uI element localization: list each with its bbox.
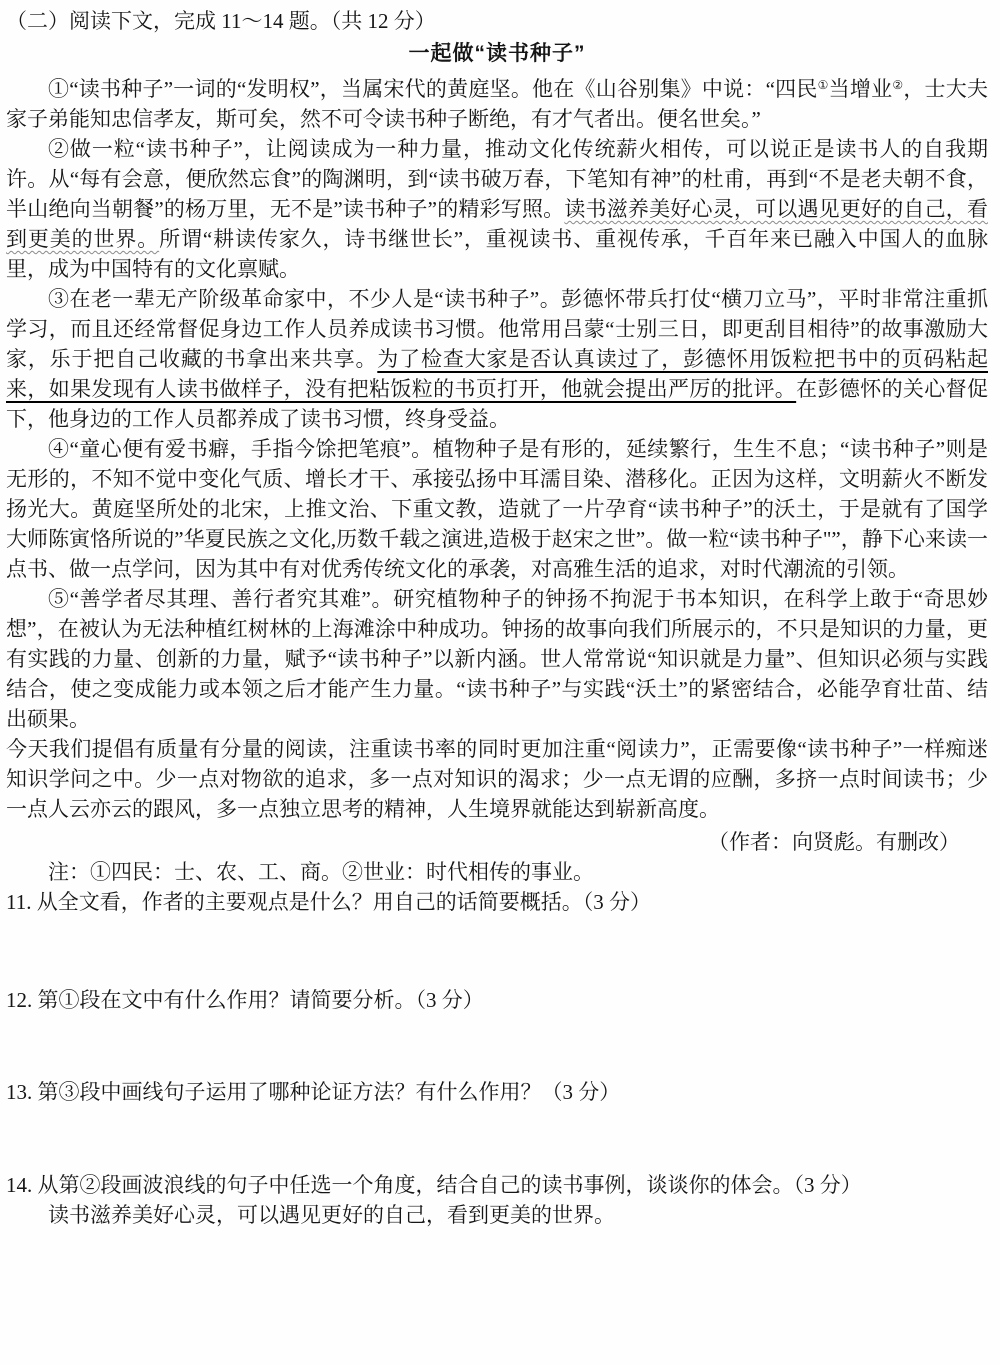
footnote-ref-1: ① bbox=[818, 78, 829, 92]
question-14-quoted-sentence: 读书滋养美好心灵，可以遇见更好的自己，看到更美的世界。 bbox=[6, 1200, 988, 1230]
questions-section: 11. 从全文看，作者的主要观点是什么？用自己的话简要概括。（3 分） 12. … bbox=[6, 887, 988, 1230]
footnote-ref-2: ② bbox=[892, 78, 903, 92]
para1-text-mid: 当增业 bbox=[829, 77, 893, 101]
paragraph-1: ①“读书种子”一词的“发明权”，当属宋代的黄庭坚。他在《山谷别集》中说：“四民①… bbox=[6, 74, 988, 134]
question-12: 12. 第①段在文中有什么作用？请简要分析。（3 分） bbox=[6, 985, 988, 1015]
question-11: 11. 从全文看，作者的主要观点是什么？用自己的话简要概括。（3 分） bbox=[6, 887, 988, 917]
paragraph-6: 今天我们提倡有质量有分量的阅读，注重读书率的同时更加注重“阅读力”，正需要像“读… bbox=[6, 734, 988, 824]
exam-page: （二）阅读下文，完成 11～14 题。（共 12 分） 一起做“读书种子” ①“… bbox=[0, 0, 1000, 1365]
section-header: （二）阅读下文，完成 11～14 题。（共 12 分） bbox=[6, 6, 988, 36]
question-13: 13. 第③段中画线句子运用了哪种论证方法？有什么作用？（3 分） bbox=[6, 1077, 988, 1107]
paragraph-4: ④“童心便有爱书癖，手指今馀把笔痕”。植物种子是有形的，延续繁行，生生不息；“读… bbox=[6, 434, 988, 584]
paragraph-5: ⑤“善学者尽其理、善行者究其难”。研究植物种子的钟扬不拘泥于书本知识，在科学上敢… bbox=[6, 584, 988, 734]
footnotes-line: 注：①四民：士、农、工、商。②世业：时代相传的事业。 bbox=[6, 857, 988, 887]
para1-text-pre: ①“读书种子”一词的“发明权”，当属宋代的黄庭坚。他在《山谷别集》中说：“四民 bbox=[48, 77, 818, 101]
author-attribution: （作者：向贤彪。有删改） bbox=[6, 827, 988, 857]
passage-title: 一起做“读书种子” bbox=[6, 39, 988, 69]
question-14: 14. 从第②段画波浪线的句子中任选一个角度，结合自己的读书事例，谈谈你的体会。… bbox=[6, 1170, 988, 1200]
paragraph-2: ②做一粒“读书种子”，让阅读成为一种力量，推动文化传统薪火相传，可以说正是读书人… bbox=[6, 134, 988, 284]
paragraph-3: ③在老一辈无产阶级革命家中，不少人是“读书种子”。彭德怀带兵打仗“横刀立马”，平… bbox=[6, 284, 988, 434]
